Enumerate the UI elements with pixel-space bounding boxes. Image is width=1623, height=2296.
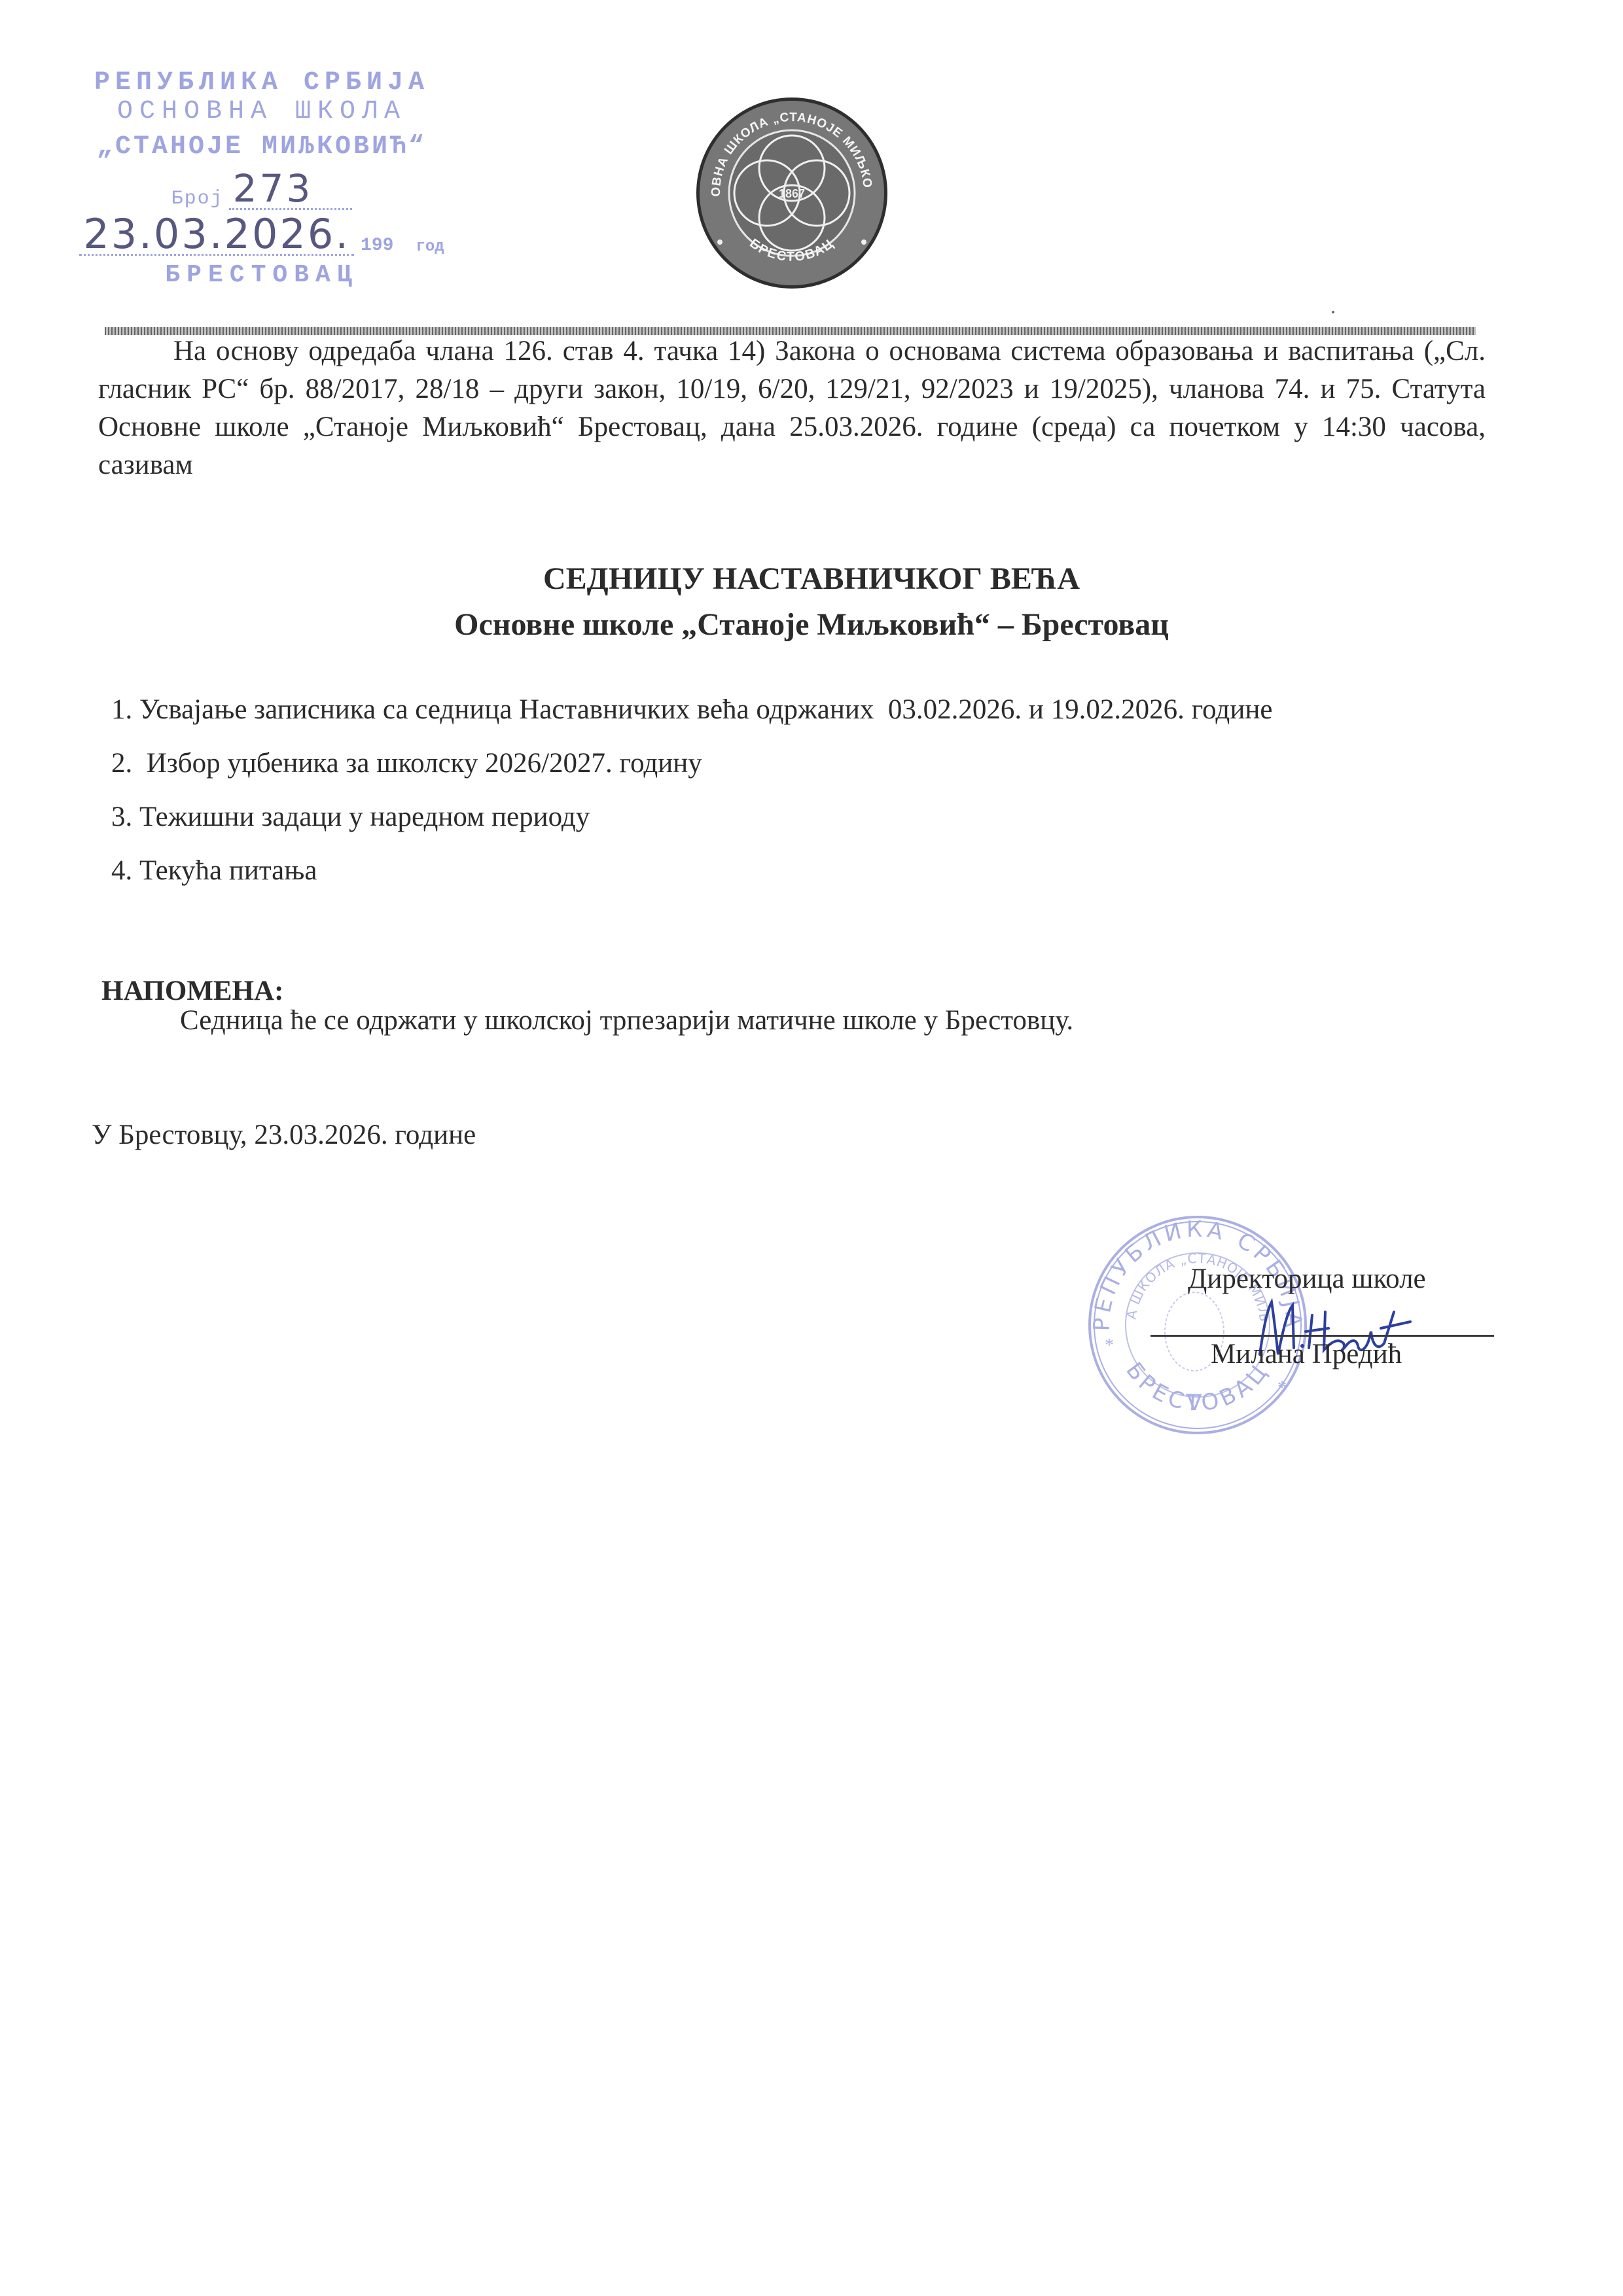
school-logo-icon: 1867 ОСНОВНА ШКОЛА „СТАНОЈЕ МИЉКОВИЋ“ БР… xyxy=(694,95,890,291)
agenda-item-text: Избор уџбеника за школску 2026/2027. год… xyxy=(139,748,702,779)
agenda-item-text: Текућа питања xyxy=(139,855,317,886)
agenda-item-text: Усвајање записника са седница Наставничк… xyxy=(139,694,1272,725)
registry-stamp-institution-name: „СТАНОЈЕ МИЉКОВИЋ“ xyxy=(52,130,471,164)
school-logo-year: 1867 xyxy=(779,187,805,200)
intro-paragraph: На основу одредаба члана 126. став 4. та… xyxy=(98,332,1486,484)
agenda-list: 1. Усвајање записника са седница Наставн… xyxy=(111,694,1272,908)
registry-year-suffix: год xyxy=(416,238,444,256)
svg-text:V: V xyxy=(1186,1390,1202,1416)
registry-stamp-country: РЕПУБЛИКА СРБИЈА xyxy=(52,69,471,97)
registry-date-value: 23.03.2026. xyxy=(79,215,354,256)
agenda-item-number: 1. xyxy=(111,694,132,725)
registry-date-row: 23.03.2026. 199 год xyxy=(52,210,471,256)
svg-text:*: * xyxy=(1277,1378,1287,1398)
registry-stamp-institution-type: ОСНОВНА ШКОЛА xyxy=(52,97,471,126)
signature-line xyxy=(1150,1335,1494,1337)
scan-artifact xyxy=(1332,311,1334,313)
agenda-item-number: 2. xyxy=(111,748,132,779)
place-date: У Брестовцу, 23.03.2026. године xyxy=(92,1119,476,1151)
document-subtitle: Основне школе „Станоје Миљковић“ – Брест… xyxy=(0,605,1623,645)
agenda-item-number: 3. xyxy=(111,802,132,832)
signature-name: Милана Предић xyxy=(1211,1338,1402,1370)
note-text: Седница ће се одржати у школској трпезар… xyxy=(180,1004,1073,1036)
registry-stamp: РЕПУБЛИКА СРБИЈА ОСНОВНА ШКОЛА „СТАНОЈЕ … xyxy=(52,69,471,289)
agenda-item-number: 4. xyxy=(111,855,132,886)
agenda-item: 2. Избор уџбеника за школску 2026/2027. … xyxy=(111,747,1272,801)
agenda-item: 3. Тежишни задаци у наредном периоду xyxy=(111,801,1272,855)
registry-stamp-city: БРЕСТОВАЦ xyxy=(52,261,471,289)
document-title: СЕДНИЦУ НАСТАВНИЧКОГ ВЕЋА xyxy=(0,559,1623,599)
agenda-item: 1. Усвајање записника са седница Наставн… xyxy=(111,694,1272,747)
registry-number-value: 273 xyxy=(229,169,353,210)
registry-number-row: Број 273 xyxy=(52,164,471,210)
note-label: НАПОМЕНА: xyxy=(101,975,283,1007)
signature-title: Директорица школе xyxy=(1188,1263,1426,1295)
svg-text:*: * xyxy=(1105,1335,1114,1356)
registry-number-label: Број xyxy=(171,188,224,210)
agenda-item: 4. Текућа питања xyxy=(111,855,1272,908)
agenda-item-text: Тежишни задаци у наредном периоду xyxy=(139,802,590,832)
registry-year-prefix: 199 xyxy=(361,236,393,256)
